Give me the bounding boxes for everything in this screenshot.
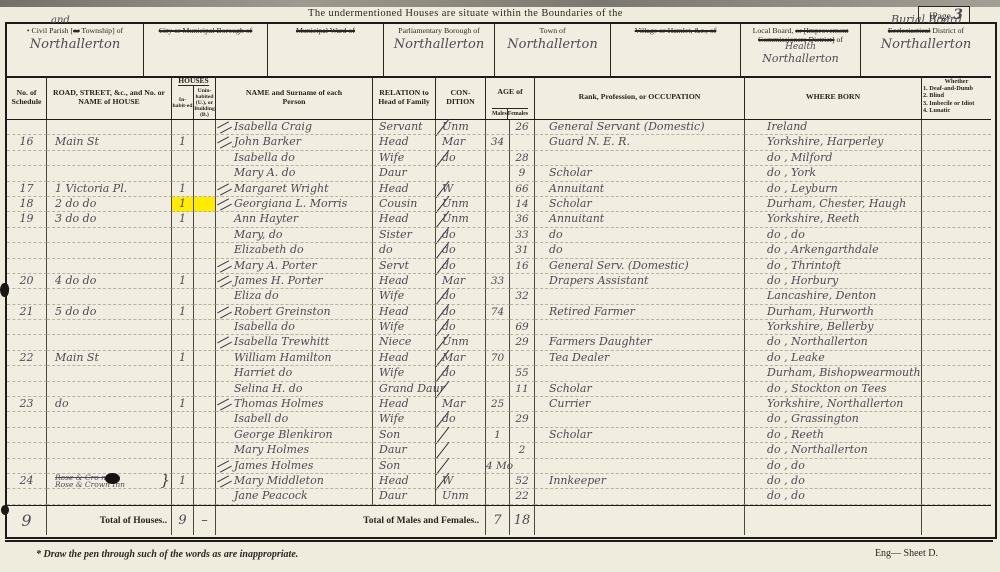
ecclesiastical-value: Northallerton: [864, 37, 988, 52]
cell-uninhabited: [194, 412, 216, 427]
cell-age-male: [486, 443, 510, 458]
cell-schedule: [7, 243, 47, 258]
cell-road: [47, 428, 172, 443]
relation-value: Wife: [379, 289, 404, 302]
cell-age-male: [486, 151, 510, 166]
cell-age-male: [486, 259, 510, 274]
cell-inhabited: 1: [172, 197, 194, 212]
cell-age-female: [510, 305, 535, 320]
cell-name: Georgiana L. Morris: [216, 197, 373, 212]
footer-instruction: * Draw the pen through such of the words…: [36, 549, 298, 560]
cell-where-born: Durham, Bishopwearmouth: [745, 366, 922, 381]
cell-inhabited: [172, 428, 194, 443]
cell-age-female: 9: [510, 166, 535, 181]
cell-name: Isabella Craig: [216, 120, 373, 135]
cell-age-male: [486, 335, 510, 350]
household-separator-mark: [217, 137, 232, 149]
scan-blot: [0, 283, 9, 297]
cell-age-male: [486, 228, 510, 243]
cell-inhabited: [172, 489, 194, 504]
cell-uninhabited: [194, 443, 216, 458]
cell-relation: Wife: [373, 412, 436, 427]
cell-occupation: [535, 320, 745, 335]
cell-condition: W: [436, 474, 486, 489]
cell-where-born: do , Thrintoft: [745, 259, 922, 274]
household-separator-mark: [217, 121, 232, 133]
header-box-local-board: Local Board, or [Improvement Commissione…: [741, 24, 861, 76]
total-houses-uninhabited: –: [194, 506, 216, 535]
cell-relation: Son: [373, 428, 436, 443]
relation-value: do: [379, 243, 393, 256]
cell-age-male: [486, 166, 510, 181]
brace-mark: }: [160, 473, 170, 487]
cell-age-female: 29: [510, 412, 535, 427]
cell-where-born: do , Grassington: [745, 412, 922, 427]
cell-schedule: [7, 443, 47, 458]
cell-infirmity: [922, 474, 991, 489]
cell-occupation: General Servant (Domestic): [535, 120, 745, 135]
cell-inhabited: 1: [172, 305, 194, 320]
cell-occupation: do: [535, 243, 745, 258]
household-separator-mark: [217, 260, 232, 272]
road-value: do: [55, 397, 171, 411]
household-separator-mark: [217, 198, 232, 210]
cell-where-born: do , Northallerton: [745, 443, 922, 458]
scan-blot: [1, 505, 9, 515]
ink-blot: [105, 473, 120, 484]
road-value: 2 do do: [55, 197, 171, 211]
cell-name: James H. Porter: [216, 274, 373, 289]
cell-condition: do: [436, 289, 486, 304]
cell-relation: Servant: [373, 120, 436, 135]
person-name: Isabell do: [234, 412, 288, 425]
road-value: Main St: [55, 351, 171, 365]
cell-where-born: do , do: [745, 474, 922, 489]
parliamentary-borough-value: Northallerton: [387, 37, 491, 52]
cell-age-male: [486, 182, 510, 197]
person-name: James Holmes: [234, 459, 313, 472]
cell-road: [47, 166, 172, 181]
cell-infirmity: [922, 382, 991, 397]
cell-condition: Unm: [436, 489, 486, 504]
cell-inhabited: [172, 443, 194, 458]
cell-road: [47, 243, 172, 258]
cell-condition: Unm: [436, 197, 486, 212]
cell-age-female: 69: [510, 320, 535, 335]
cell-schedule: 23: [7, 397, 47, 412]
cell-uninhabited: [194, 243, 216, 258]
cell-schedule: [7, 259, 47, 274]
header-boxes: and • Civil Parish [or Township] of Nort…: [7, 24, 991, 78]
scan-edge-artifact: [0, 0, 1000, 7]
cell-inhabited: [172, 120, 194, 135]
road-value: 3 do do: [55, 212, 171, 226]
cell-uninhabited: [194, 489, 216, 504]
cell-inhabited: 1: [172, 212, 194, 227]
cell-schedule: 21: [7, 305, 47, 320]
cell-where-born: Durham, Chester, Haugh: [745, 197, 922, 212]
cell-inhabited: [172, 412, 194, 427]
cell-name: Isabella do: [216, 320, 373, 335]
relation-value: Wife: [379, 412, 404, 425]
local-board-value-place: Northallerton: [744, 52, 857, 65]
cell-occupation: Retired Farmer: [535, 305, 745, 320]
cell-occupation: [535, 412, 745, 427]
totals-schedule: 9: [7, 506, 47, 535]
cell-where-born: Durham, Hurworth: [745, 305, 922, 320]
cell-age-male: 74: [486, 305, 510, 320]
cell-uninhabited: [194, 320, 216, 335]
cell-occupation: Annuitant: [535, 212, 745, 227]
relation-value: Daur: [379, 489, 407, 502]
cell-occupation: [535, 489, 745, 504]
cell-uninhabited: [194, 259, 216, 274]
cell-occupation: Currier: [535, 397, 745, 412]
cell-inhabited: [172, 259, 194, 274]
cell-age-male: [486, 320, 510, 335]
cell-age-female: 66: [510, 182, 535, 197]
town-label: Town of: [498, 26, 607, 35]
cell-inhabited: [172, 289, 194, 304]
census-sheet-scan: The undermentioned Houses are situate wi…: [0, 0, 1000, 572]
relation-value: Sister: [379, 228, 412, 241]
relation-value: Wife: [379, 151, 404, 164]
household-separator-mark: [217, 398, 232, 410]
cell-age-male: 34: [486, 135, 510, 150]
cell-condition: do: [436, 412, 486, 427]
cell-infirmity: [922, 274, 991, 289]
person-name: William Hamilton: [234, 351, 331, 364]
cell-schedule: [7, 120, 47, 135]
cell-infirmity: [922, 166, 991, 181]
cell-road: Main St: [47, 135, 172, 150]
col-males: Males: [492, 109, 508, 119]
cell-uninhabited: [194, 335, 216, 350]
cell-inhabited: [172, 382, 194, 397]
road-value: 5 do do: [55, 305, 171, 319]
relation-value: Daur: [379, 443, 407, 456]
cell-uninhabited: [194, 397, 216, 412]
cell-occupation: Scholar: [535, 197, 745, 212]
cell-occupation: [535, 443, 745, 458]
header-box-civil-parish: and • Civil Parish [or Township] of Nort…: [7, 24, 144, 76]
cell-road: 4 do do: [47, 274, 172, 289]
cell-age-female: 33: [510, 228, 535, 243]
col-houses: HOUSES In-habit-ed Unin-habited (U.), or…: [172, 76, 216, 119]
cell-name: Robert Greinston: [216, 305, 373, 320]
person-name: Isabella Trewhitt: [234, 335, 329, 348]
cell-where-born: Yorkshire, Bellerby: [745, 320, 922, 335]
cell-name: Isabella do: [216, 151, 373, 166]
cell-road: [47, 443, 172, 458]
col-road: ROAD, STREET, &c., and No. or NAME of HO…: [47, 76, 172, 119]
cell-infirmity: [922, 412, 991, 427]
cell-schedule: 20: [7, 274, 47, 289]
cell-infirmity: [922, 366, 991, 381]
person-name: Robert Greinston: [234, 305, 331, 318]
cell-road: [47, 489, 172, 504]
relation-value: Cousin: [379, 197, 417, 210]
cell-occupation: Guard N. E. R.: [535, 135, 745, 150]
cell-uninhabited: [194, 151, 216, 166]
col-occupation: Rank, Profession, or OCCUPATION: [535, 76, 745, 119]
cell-where-born: do , Arkengarthdale: [745, 243, 922, 258]
cell-condition: W: [436, 182, 486, 197]
cell-relation: Head: [373, 135, 436, 150]
col-condition: CON-DITION: [436, 76, 486, 119]
cell-occupation: Scholar: [535, 428, 745, 443]
cell-schedule: [7, 320, 47, 335]
cell-road: Main St: [47, 351, 172, 366]
cell-condition: Mar: [436, 274, 486, 289]
cell-age-male: 33: [486, 274, 510, 289]
cell-uninhabited: [194, 120, 216, 135]
cell-where-born: do , Reeth: [745, 428, 922, 443]
cell-uninhabited: [194, 351, 216, 366]
cell-age-female: 16: [510, 259, 535, 274]
cell-relation: Head: [373, 212, 436, 227]
cell-condition: [436, 166, 486, 181]
cell-road: [47, 151, 172, 166]
header-box-parliamentary-borough: Parliamentary Borough of Northallerton: [384, 24, 495, 76]
cell-occupation: [535, 151, 745, 166]
cell-where-born: do , Northallerton: [745, 335, 922, 350]
relation-value: Wife: [379, 366, 404, 379]
person-name: Isabella Craig: [234, 120, 312, 133]
cell-relation: Sister: [373, 228, 436, 243]
cell-condition: do: [436, 243, 486, 258]
cell-uninhabited: [194, 289, 216, 304]
cell-infirmity: [922, 397, 991, 412]
cell-condition: do: [436, 259, 486, 274]
cell-age-female: [510, 274, 535, 289]
cell-schedule: [7, 412, 47, 427]
cell-inhabited: [172, 166, 194, 181]
cell-relation: Niece: [373, 335, 436, 350]
person-name: Mary Middleton: [234, 474, 324, 487]
relation-value: Head: [379, 212, 409, 225]
cell-schedule: [7, 335, 47, 350]
cell-infirmity: [922, 489, 991, 504]
cell-infirmity: [922, 151, 991, 166]
cell-where-born: do , Stockton on Tees: [745, 382, 922, 397]
column-headers: No. ofSchedule ROAD, STREET, &c., and No…: [7, 76, 991, 120]
cell-occupation: Scholar: [535, 166, 745, 181]
cell-where-born: do , Milford: [745, 151, 922, 166]
cell-condition: do: [436, 320, 486, 335]
cell-condition: Unm: [436, 212, 486, 227]
col-age: AGE of Males Females: [486, 76, 535, 119]
total-houses-inhabited: 9: [172, 506, 194, 535]
cell-infirmity: [922, 228, 991, 243]
cell-age-female: 11: [510, 382, 535, 397]
cell-age-female: [510, 459, 535, 474]
cell-relation: Head: [373, 351, 436, 366]
village-label: Village or Hamlet, &c., of: [614, 26, 737, 35]
total-houses-label: Total of Houses..: [47, 506, 172, 535]
cell-age-female: 2: [510, 443, 535, 458]
household-separator-mark: [217, 460, 232, 472]
cell-infirmity: [922, 351, 991, 366]
cell-name: Margaret Wright: [216, 182, 373, 197]
relation-value: Daur: [379, 166, 407, 179]
cell-where-born: do , do: [745, 489, 922, 504]
page-title: The undermentioned Houses are situate wi…: [308, 8, 623, 19]
cell-condition: Unm: [436, 120, 486, 135]
cell-age-male: [486, 412, 510, 427]
cell-uninhabited: [194, 135, 216, 150]
cell-relation: Head: [373, 182, 436, 197]
header-box-ecclesiastical: Burial Board Ecclesiastical District of …: [861, 24, 991, 76]
relation-value: Niece: [379, 335, 411, 348]
cell-infirmity: [922, 212, 991, 227]
cell-road: 1 Victoria Pl.: [47, 182, 172, 197]
cell-occupation: General Serv. (Domestic): [535, 259, 745, 274]
cell-condition: Mar: [436, 135, 486, 150]
cell-infirmity: [922, 335, 991, 350]
cell-name: William Hamilton: [216, 351, 373, 366]
cell-infirmity: [922, 459, 991, 474]
cell-name: Jane Peacock: [216, 489, 373, 504]
cell-condition: [436, 443, 486, 458]
cell-infirmity: [922, 289, 991, 304]
cell-relation: Head: [373, 474, 436, 489]
cell-uninhabited: [194, 382, 216, 397]
cell-age-female: 36: [510, 212, 535, 227]
cell-occupation: Tea Dealer: [535, 351, 745, 366]
cell-age-male: [486, 289, 510, 304]
cell-condition: [436, 459, 486, 474]
bottom-rule: [5, 540, 993, 542]
town-value: Northallerton: [498, 37, 607, 52]
cell-name: Thomas Holmes: [216, 397, 373, 412]
person-name: Mary, do: [234, 228, 283, 241]
cell-condition: Mar: [436, 351, 486, 366]
totals-empty-occupation: [535, 506, 745, 535]
cell-inhabited: [172, 366, 194, 381]
cell-infirmity: [922, 243, 991, 258]
relation-value: Head: [379, 351, 409, 364]
cell-infirmity: [922, 120, 991, 135]
cell-where-born: do , do: [745, 459, 922, 474]
cell-where-born: Ireland: [745, 120, 922, 135]
cell-road: [47, 412, 172, 427]
person-name: Eliza do: [234, 289, 279, 302]
cell-age-male: [486, 474, 510, 489]
relation-value: Servant: [379, 120, 423, 133]
cell-schedule: 24: [7, 474, 47, 489]
cell-age-female: 28: [510, 151, 535, 166]
cell-road: do: [47, 397, 172, 412]
cell-schedule: [7, 382, 47, 397]
person-name: Margaret Wright: [234, 182, 329, 195]
cell-age-female: 52: [510, 474, 535, 489]
person-name: Isabella do: [234, 320, 295, 333]
cell-schedule: 16: [7, 135, 47, 150]
household-separator-mark: [217, 275, 232, 287]
cell-occupation: Innkeeper: [535, 474, 745, 489]
cell-road: [47, 459, 172, 474]
cell-relation: Head: [373, 274, 436, 289]
cell-age-female: 26: [510, 120, 535, 135]
cell-age-female: [510, 351, 535, 366]
cell-condition: Mar: [436, 397, 486, 412]
cell-where-born: do , Leyburn: [745, 182, 922, 197]
cell-condition: do: [436, 151, 486, 166]
person-name: Elizabeth do: [234, 243, 304, 256]
road-value: Main St: [55, 135, 171, 149]
cell-age-female: [510, 135, 535, 150]
cell-infirmity: [922, 443, 991, 458]
cell-relation: Wife: [373, 320, 436, 335]
col-inhabited: In-habit-ed: [172, 86, 194, 119]
cell-schedule: [7, 489, 47, 504]
household-separator-mark: [217, 475, 232, 487]
cell-age-male: [486, 382, 510, 397]
cell-name: Eliza do: [216, 289, 373, 304]
total-males-females-label: Total of Males and Females..: [216, 506, 486, 535]
person-name: Isabella do: [234, 151, 295, 164]
sheet-label: Eng— Sheet D.: [875, 548, 938, 559]
cell-age-male: [486, 120, 510, 135]
cell-infirmity: [922, 135, 991, 150]
handwritten-burial-board: Burial Board: [891, 13, 962, 26]
cell-age-female: 32: [510, 289, 535, 304]
cell-road: [47, 120, 172, 135]
civil-parish-label: • Civil Parish [or Township] of: [10, 26, 140, 35]
cell-uninhabited: [194, 212, 216, 227]
cell-relation: Head: [373, 397, 436, 412]
cell-relation: Cousin: [373, 197, 436, 212]
cell-age-male: 1: [486, 428, 510, 443]
relation-value: Head: [379, 397, 409, 410]
cell-where-born: Yorkshire, Northallerton: [745, 397, 922, 412]
person-name: Ann Hayter: [234, 212, 298, 225]
relation-value: Head: [379, 135, 409, 148]
cell-occupation: Scholar: [535, 382, 745, 397]
cell-road: [47, 382, 172, 397]
header-box-village: Village or Hamlet, &c., of: [611, 24, 741, 76]
col-infirmity: Whether 1. Deaf-and-Dumb2. Blind 3. Imbe…: [922, 76, 991, 119]
household-separator-mark: [217, 306, 232, 318]
cell-age-male: [486, 489, 510, 504]
person-name: James H. Porter: [234, 274, 323, 287]
cell-inhabited: [172, 459, 194, 474]
form-sheet: and • Civil Parish [or Township] of Nort…: [5, 22, 997, 539]
total-females: 18: [510, 506, 535, 535]
cell-name: Selina H. do: [216, 382, 373, 397]
cell-inhabited: [172, 335, 194, 350]
cell-schedule: 17: [7, 182, 47, 197]
cell-road: [47, 228, 172, 243]
header-box-town: Town of Northallerton: [495, 24, 611, 76]
cell-condition: Unm: [436, 335, 486, 350]
person-name: Harriet do: [234, 366, 292, 379]
cell-road: [47, 259, 172, 274]
cell-inhabited: 1: [172, 135, 194, 150]
col-where-born: WHERE BORN: [745, 76, 922, 119]
cell-occupation: Annuitant: [535, 182, 745, 197]
cell-schedule: [7, 166, 47, 181]
cell-age-male: [486, 243, 510, 258]
cell-age-male: 4 Mo: [486, 459, 510, 474]
cell-name: Mary A. do: [216, 166, 373, 181]
cell-name: Isabella Trewhitt: [216, 335, 373, 350]
cell-age-female: 22: [510, 489, 535, 504]
cell-relation: Daur: [373, 489, 436, 504]
cell-uninhabited: [194, 274, 216, 289]
cell-uninhabited: [194, 197, 216, 212]
